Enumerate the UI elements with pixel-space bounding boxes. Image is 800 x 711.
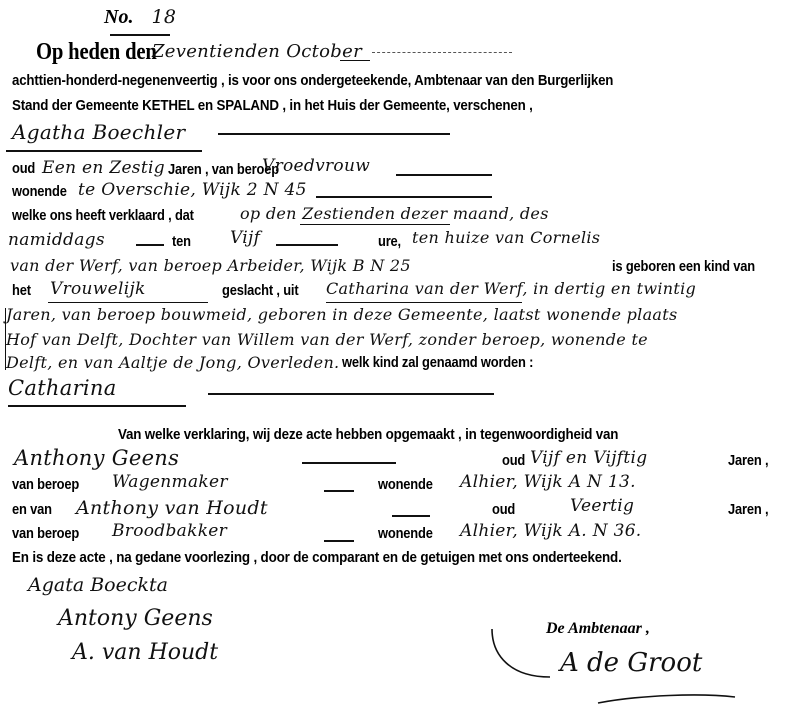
printed-wonende-1: wonende	[378, 476, 433, 493]
occupation-fill-line	[396, 174, 492, 176]
printed-jaren-2: Jaren ,	[728, 501, 768, 518]
mother-details-1: Jaren, van beroep bouwmeid, geboren in d…	[6, 305, 678, 324]
birth-hour: Vijf	[230, 228, 260, 248]
declarant-underline	[6, 150, 202, 152]
line-municipality: Stand der Gemeente KETHEL en SPALAND , i…	[12, 94, 597, 118]
fill-line	[340, 60, 370, 61]
printed-van-beroep-1: van beroep	[12, 476, 79, 493]
printed-year-text: achttien-honderd-negenenveertig , is voo…	[12, 69, 613, 93]
witness-2-address: Alhier, Wijk A. N 36.	[460, 521, 642, 541]
margin-bar	[5, 308, 6, 370]
line-year: achttien-honderd-negenenveertig , is voo…	[12, 69, 691, 93]
child-name-underline	[8, 405, 186, 407]
birth-place: ten huize van Cornelis	[412, 228, 600, 247]
printed-geslacht: geslacht , uit	[222, 282, 298, 299]
declarant-occupation: Vroedvrouw	[262, 156, 370, 176]
child-name-fill-line	[208, 393, 494, 395]
printed-wonende: wonende	[12, 183, 67, 200]
printed-genaamd: welk kind zal genaamd worden :	[342, 354, 533, 371]
witness-2-occupation: Broodbakker	[112, 521, 227, 541]
printed-verklaard: welke ons heeft verklaard , dat	[12, 207, 194, 224]
declarant-name: Agatha Boechler	[12, 120, 185, 144]
printed-van-beroep-2: van beroep	[12, 525, 79, 542]
number-label: No.	[104, 6, 133, 28]
witness-1-address: Alhier, Wijk A N 13.	[460, 472, 636, 492]
printed-verklaring: Van welke verklaring, wij deze acte hebb…	[118, 426, 618, 443]
number-underline	[110, 34, 170, 36]
time-of-day: namiddags	[8, 230, 105, 250]
certificate-number: No. 18	[104, 4, 176, 30]
witness-2-name: Anthony van Houdt	[76, 497, 268, 519]
declarant-age: Een en Zestig	[42, 158, 165, 178]
time-fill-line-2	[276, 244, 338, 246]
witness-1-occ-fill	[324, 490, 354, 492]
printed-jaren-1: Jaren ,	[728, 452, 768, 469]
printed-wonende-2: wonende	[378, 525, 433, 542]
signature-witness-2: A. van Houdt	[72, 640, 218, 665]
signature-declarant: Agata Boeckta	[28, 574, 168, 596]
printed-en-van: en van	[12, 501, 52, 518]
number-value: 18	[151, 6, 176, 28]
birth-date-text: op den Zestienden dezer maand, des	[240, 204, 549, 223]
declarant-address: te Overschie, Wijk 2 N 45	[78, 180, 307, 200]
line-age-occupation: oud	[12, 157, 39, 181]
dotted-fill	[372, 52, 512, 53]
father-occupation-address: van der Werf, van beroep Arbeider, Wijk …	[10, 256, 411, 275]
printed-oud-2: oud	[492, 501, 515, 518]
printed-oud-1: oud	[502, 452, 525, 469]
printed-municipality-text: Stand der Gemeente KETHEL en SPALAND , i…	[12, 94, 533, 118]
printed-op-heden: Op heden den	[36, 40, 157, 67]
handwritten-date: Zeventienden October	[152, 40, 362, 64]
mother-underline	[326, 302, 522, 303]
printed-ten: ten	[172, 233, 191, 250]
witness-1-name: Anthony Geens	[14, 446, 179, 470]
time-fill-line-1	[136, 244, 164, 246]
child-name: Catharina	[8, 376, 117, 400]
witness-2-occ-fill	[324, 540, 354, 542]
printed-het: het	[12, 282, 31, 299]
witness-2-age: Veertig	[570, 496, 634, 516]
mother-name: Catharina van der Werf, in dertig en twi…	[326, 279, 696, 298]
printed-closing: En is deze acte , na gedane voorlezing ,…	[12, 549, 622, 566]
mother-details-3: Delft, en van Aaltje de Jong, Overleden.	[6, 353, 339, 372]
witness-1-fill-line	[302, 462, 396, 464]
mother-details-2: Hof van Delft, Dochter van Willem van de…	[6, 330, 648, 349]
child-sex: Vrouwelijk	[50, 279, 146, 299]
witness-2-fill-line	[392, 515, 430, 517]
line-date: Op heden den Zeventienden October	[36, 40, 176, 64]
declarant-fill-line	[218, 133, 450, 135]
printed-ure: ure,	[378, 233, 401, 250]
birth-date-underline	[300, 224, 450, 225]
witness-1-age: Vijf en Vijftig	[530, 448, 647, 468]
printed-geboren: is geboren een kind van	[612, 258, 755, 275]
signature-witness-1: Antony Geens	[58, 606, 213, 631]
official-signature-flourish	[480, 625, 740, 711]
witness-1-occupation: Wagenmaker	[112, 472, 228, 492]
address-fill-line	[316, 196, 492, 198]
child-sex-underline	[48, 302, 208, 303]
